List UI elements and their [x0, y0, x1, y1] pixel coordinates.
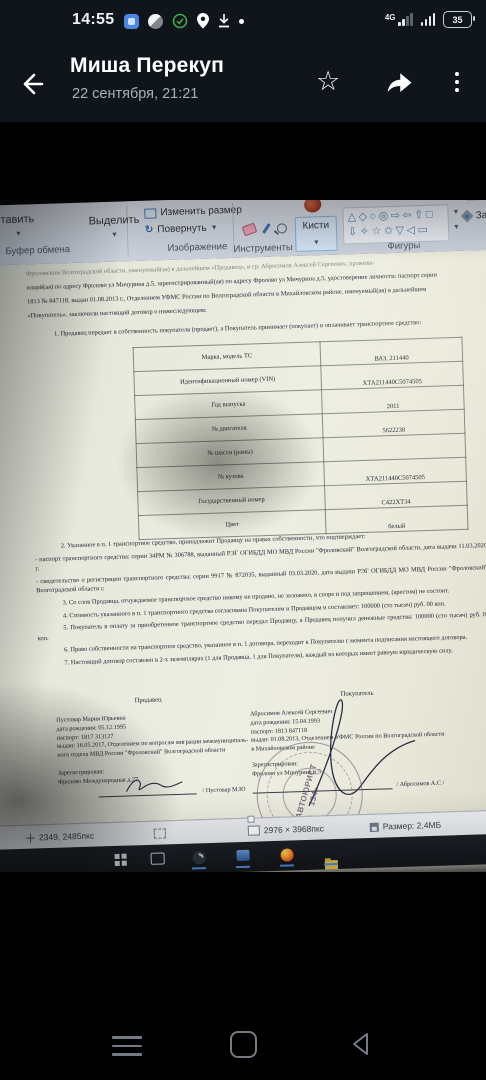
- file-size: Размер: 2,4МБ: [370, 820, 442, 832]
- location-pin-icon: [197, 13, 209, 29]
- cursor-position: 2349, 2485пкс: [26, 831, 94, 843]
- shape-star6-icon: ✩: [384, 224, 394, 239]
- status-indicators: 4G 35: [385, 10, 472, 28]
- paste-caret-icon: ▼: [15, 231, 22, 238]
- crosshair-icon: [26, 833, 35, 842]
- rotate-icon: ↻: [145, 225, 154, 235]
- seller-signature-name: / Пустовар М.Ю: [202, 786, 245, 794]
- cellular-signal-sim2-icon: [421, 13, 436, 28]
- shape-rectangle-icon: □: [426, 208, 433, 223]
- shape-arrow-down-icon: ⇩: [348, 225, 358, 240]
- monitor-screen: тавить ▼ Буфер обмена Выделить ▼ Изменит…: [0, 200, 486, 872]
- clock: 14:55: [72, 11, 114, 29]
- color-picker-icon: [262, 223, 271, 234]
- resize-icon: [144, 208, 156, 218]
- shape-arrow-right-icon: ⇨: [391, 209, 401, 224]
- contract-clauses: 2. Указанное в п. 1 транспортное средств…: [35, 528, 486, 672]
- selection-icon: [154, 828, 166, 838]
- shape-ring-icon: ◎: [378, 209, 388, 224]
- seller-signature: [122, 774, 187, 798]
- canvas-resize-handle: [247, 816, 254, 823]
- fill-button: Залив: [462, 209, 486, 221]
- clipboard-group-label: Буфер обмена: [5, 244, 70, 257]
- image-size: 2976 × 3968пкс: [248, 823, 324, 835]
- shape-star5-icon: ☆: [371, 224, 381, 239]
- brushes-button: Кисти ▼: [295, 216, 338, 252]
- active-app-underline: [324, 863, 338, 865]
- app-blue-icon: [236, 850, 249, 861]
- shape-arrow-left-icon: ⇦: [402, 208, 412, 223]
- paste-button: тавить: [0, 213, 34, 226]
- tools-icons: [243, 222, 287, 234]
- task-view-icon: [150, 852, 164, 864]
- home-nav-icon[interactable]: [230, 1031, 257, 1058]
- tools-group-label: Инструменты: [233, 242, 293, 255]
- selection-size: [154, 828, 166, 838]
- shapes-scroll-up-icon: ▼: [452, 209, 459, 216]
- shape-triangle-down-icon: ▽: [395, 224, 404, 239]
- vehicle-table: Марка, модель ТС ВАЗ, 211440 Идентификац…: [133, 337, 469, 540]
- contrast-circle-icon: [148, 14, 163, 29]
- active-app-underline: [236, 866, 250, 868]
- status-bar: 14:55 4G 35: [0, 0, 486, 44]
- active-app-underline: [280, 864, 294, 866]
- rotate-caret-icon: ▼: [211, 224, 218, 231]
- photo-of-monitor[interactable]: тавить ▼ Буфер обмена Выделить ▼ Изменит…: [0, 200, 486, 872]
- shapes-scroll-down-icon: ▼: [453, 224, 460, 231]
- fill-bucket-icon: [461, 210, 474, 223]
- battery-indicator: 35: [443, 11, 472, 28]
- brushes-caret-icon: ▼: [313, 239, 320, 246]
- image-group-label: Изображение: [167, 241, 227, 254]
- shapes-palette: △ ◇ ○ ◎ ⇨ ⇦ ⇧ □ ⇩ ✧ ☆ ✩ ▽ ◁ ▭: [342, 204, 449, 244]
- brush-icon: [304, 200, 321, 213]
- disk-icon: [370, 822, 379, 831]
- select-caret-icon: ▼: [111, 232, 118, 239]
- cellular-signal-sim1-icon: 4G: [385, 13, 413, 28]
- messenger-notification-icon: [124, 14, 139, 29]
- media-timestamp: 22 сентября, 21:21: [72, 86, 198, 102]
- more-options-icon[interactable]: [448, 68, 466, 96]
- shapes-group-label: Фигуры: [387, 240, 420, 252]
- rotate-button: ↻ Повернуть ▼: [145, 222, 218, 235]
- chat-title: Миша Перекуп: [70, 54, 224, 78]
- check-circle-icon: [172, 13, 188, 29]
- download-icon: [218, 14, 230, 28]
- shape-star4-icon: ✧: [360, 225, 370, 240]
- canvas-size-icon: [248, 825, 260, 835]
- firefox-icon: [280, 848, 293, 861]
- shape-arrow-up-icon: ⇧: [414, 208, 424, 223]
- contract-intro: Фроловским Волгоградской области, именуе…: [26, 253, 480, 323]
- favorite-star-icon[interactable]: ☆: [316, 66, 340, 96]
- shape-oval-icon: ▭: [417, 223, 428, 238]
- seller-role-label: Продавец: [56, 694, 241, 707]
- select-button: Выделить: [88, 214, 139, 228]
- app-swirl-icon: [192, 851, 205, 864]
- shape-circle-icon: ○: [369, 209, 376, 224]
- media-viewer-header: Миша Перекуп 22 сентября, 21:21 ☆: [0, 44, 486, 122]
- outline-button-partial-icon: [466, 200, 478, 201]
- shape-callout-icon: ◁: [406, 223, 415, 238]
- android-navigation-bar: [0, 1014, 486, 1080]
- resize-button: Изменить размер: [144, 205, 242, 219]
- back-arrow-icon[interactable]: [18, 70, 46, 98]
- windows-start-icon: [114, 854, 126, 866]
- magnifier-icon: [277, 223, 287, 233]
- contract-document: Фроловским Волгоградской области, именуе…: [0, 250, 486, 826]
- dot-notification-icon: [239, 19, 244, 24]
- active-app-underline: [192, 867, 206, 869]
- back-nav-icon[interactable]: [348, 1031, 374, 1057]
- shape-triangle-icon: △: [347, 210, 356, 225]
- shape-diamond-icon: ◇: [358, 210, 367, 225]
- menu-nav-icon[interactable]: [112, 1036, 142, 1056]
- notification-icons: [124, 13, 244, 29]
- eraser-icon: [242, 222, 258, 236]
- share-forward-icon[interactable]: [384, 69, 414, 95]
